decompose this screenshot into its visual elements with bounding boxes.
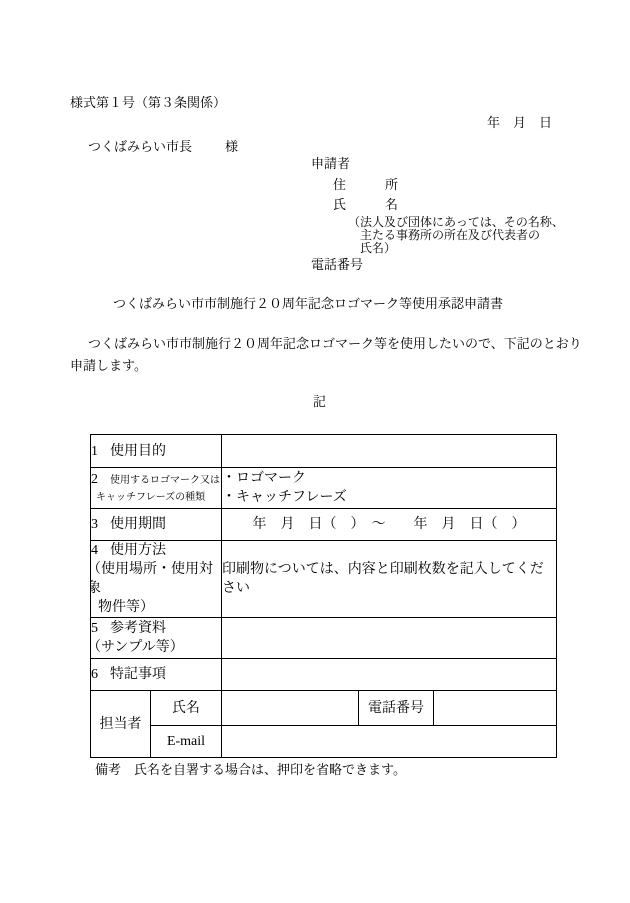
record-mark: 記 [313,394,326,410]
addressee-line: つくばみらい市長様 [88,139,238,155]
corporate-note-line3: 氏名） [360,242,396,255]
document-title: つくばみらい市市制施行２０周年記念ロゴマーク等使用承認申請書 [113,296,503,312]
purpose-label-cell: 1使用目的 [91,435,222,468]
purpose-label: 使用目的 [110,444,166,459]
table-row-usage-method: 4使用方法 （使用場所・使用対象 物件等） 印刷物については、内容と印刷枚数を記… [91,541,557,618]
usage-method-label-line2: （使用場所・使用対象 [91,560,222,598]
period-label-cell: 3使用期間 [91,509,222,541]
table-row-period: 3使用期間 年 月 日（ ） ～ 年 月 日（ ） [91,509,557,541]
logo-type-option-logomark: ・ロゴマーク [222,469,556,488]
contact-name-value-cell [222,691,359,726]
usage-method-value-cell: 印刷物については、内容と印刷枚数を記入してください [222,541,557,618]
usage-method-label-line3: 物件等） [91,598,221,617]
contact-email-label-cell: E-mail [151,726,222,758]
body-text-line1: つくばみらい市市制施行２０周年記念ロゴマーク等を使用したいので、下記のとおり [88,336,582,352]
application-table: 1使用目的 2使用するロゴマーク又は キャッチフレーズの種類 ・ロゴマーク ・キ… [90,434,557,758]
table-row-reference: 5参考資料 （サンプル等） [91,618,557,659]
contact-email-value-cell [222,726,557,758]
remark-note: 備考 氏名を自署する場合は、押印を省略できます。 [95,762,406,778]
body-text-line2: 申請します。 [70,358,147,374]
addressee-name: つくばみらい市長 [88,139,192,154]
reference-label-line2: （サンプル等） [91,638,222,657]
table-row-purpose: 1使用目的 [91,435,557,468]
special-notes-label-cell: 6特記事項 [91,659,222,691]
form-number: 様式第１号（第３条関係） [70,95,226,111]
contact-group-label-cell: 担当者 [91,691,151,758]
logo-type-value-cell: ・ロゴマーク ・キャッチフレーズ [222,468,557,509]
row-number: 1 [91,442,110,461]
logo-type-label-cell: 2使用するロゴマーク又は キャッチフレーズの種類 [91,468,222,509]
table-row-special-notes: 6特記事項 [91,659,557,691]
row-number: 5 [91,619,110,638]
addressee-honorific: 様 [225,139,238,154]
reference-label-line1: 参考資料 [110,621,166,636]
application-form-page: 様式第１号（第３条関係） 年 月 日 つくばみらい市長様 申請者 住 所 氏 名… [0,0,630,903]
table-row-logo-type: 2使用するロゴマーク又は キャッチフレーズの種類 ・ロゴマーク ・キャッチフレー… [91,468,557,509]
reference-label-cell: 5参考資料 （サンプル等） [91,618,222,659]
special-notes-value-cell [222,659,557,691]
purpose-value-cell [222,435,557,468]
applicant-name-label: 氏 名 [333,197,398,213]
table-row-contact-name: 担当者 氏名 電話番号 [91,691,557,726]
date-line: 年 月 日 [487,115,552,131]
period-value-cell: 年 月 日（ ） ～ 年 月 日（ ） [222,509,557,541]
logo-type-option-catchphrase: ・キャッチフレーズ [222,488,556,507]
row-number: 2 [91,470,110,489]
logo-type-label-line2: キャッチフレーズの種類 [91,489,221,506]
usage-method-label-cell: 4使用方法 （使用場所・使用対象 物件等） [91,541,222,618]
applicant-label: 申請者 [311,156,350,172]
row-number: 3 [91,515,110,534]
applicant-phone-label: 電話番号 [311,257,363,273]
usage-method-label-line1: 使用方法 [110,543,166,558]
contact-phone-label-cell: 電話番号 [359,691,434,726]
special-notes-label: 特記事項 [110,667,166,682]
logo-type-label-line1: 使用するロゴマーク又は [110,475,220,486]
table-row-contact-email: E-mail [91,726,557,758]
applicant-address-label: 住 所 [333,177,398,193]
contact-phone-value-cell [434,691,557,726]
contact-name-label-cell: 氏名 [151,691,222,726]
row-number: 6 [91,665,110,684]
reference-value-cell [222,618,557,659]
period-label: 使用期間 [110,517,166,532]
row-number: 4 [91,541,110,560]
